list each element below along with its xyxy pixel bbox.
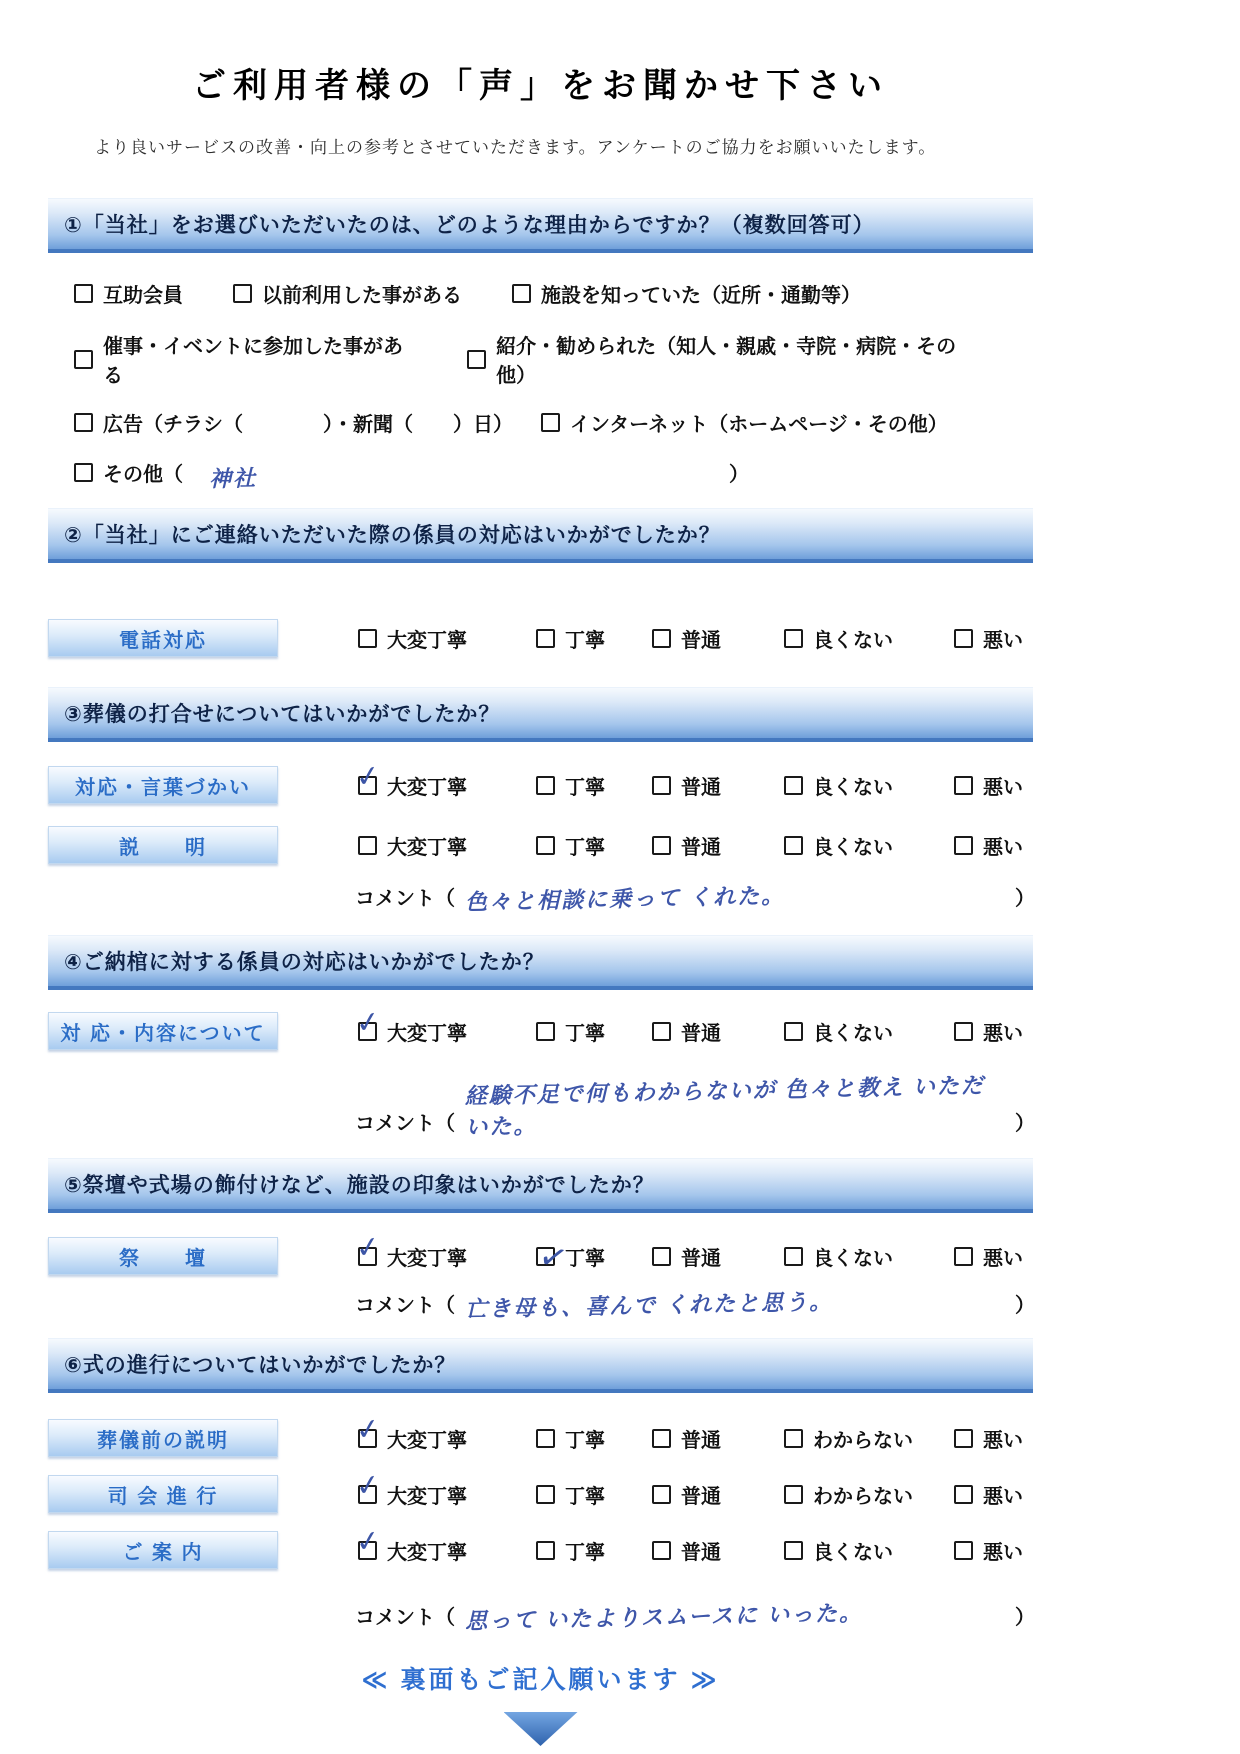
- page-subtitle: より良いサービスの改善・向上の参考とさせていただきます。アンケートのご協力をお願…: [94, 133, 1033, 158]
- rating-option-not-good[interactable]: 良くない: [784, 624, 954, 653]
- option-referred[interactable]: 紹介・勧められた（知人・親戚・寺院・病院・その他）: [467, 330, 975, 388]
- checkbox[interactable]: [652, 1541, 671, 1560]
- rating-option-bad[interactable]: 悪い: [954, 1424, 1023, 1453]
- q1-options-row-1: 互助会員 以前利用した事がある 施設を知っていた（近所・通勤等）: [74, 279, 1033, 308]
- q1-options-row-other: その他（ 神社 ）: [74, 457, 1033, 488]
- option-label: 広告（チラシ（ ）・新聞（ ）日）: [103, 408, 513, 437]
- option-label: 丁寧: [565, 1017, 605, 1046]
- checkbox[interactable]: [536, 1485, 555, 1504]
- option-label: 大変丁寧: [387, 1536, 467, 1565]
- section-header-q3: ③葬儀の打合せについてはいかがでしたか？: [48, 687, 1033, 742]
- rating-option-bad[interactable]: 悪い: [954, 831, 1023, 860]
- rating-option-very-polite[interactable]: 大変丁寧: [358, 1480, 536, 1509]
- option-label: 良くない: [813, 1017, 893, 1046]
- option-knew-facility[interactable]: 施設を知っていた（近所・通勤等）: [512, 279, 861, 308]
- checkbox[interactable]: [652, 1247, 671, 1266]
- rating-option-dont-know[interactable]: わからない: [784, 1424, 954, 1453]
- checkbox[interactable]: [784, 1541, 803, 1560]
- checkbox[interactable]: [536, 836, 555, 855]
- rating-option-normal[interactable]: 普通: [652, 1242, 784, 1271]
- option-label: 以前利用した事がある: [262, 279, 462, 308]
- checkbox[interactable]: [652, 776, 671, 795]
- option-label: わからない: [813, 1424, 913, 1453]
- rating-option-not-good[interactable]: 良くない: [784, 831, 954, 860]
- checkbox[interactable]: [784, 629, 803, 648]
- rating-row-guidance: ご 案 内 大変丁寧 丁寧 普通 良くない 悪い: [48, 1531, 1033, 1569]
- option-label: 良くない: [813, 1536, 893, 1565]
- option-label: 丁寧: [565, 831, 605, 860]
- option-label: その他（: [103, 458, 183, 487]
- rating-option-normal[interactable]: 普通: [652, 1536, 784, 1565]
- checkbox[interactable]: [954, 1541, 973, 1560]
- checkbox[interactable]: [784, 836, 803, 855]
- comment-close-paren: ）: [1015, 1107, 1035, 1136]
- option-label: 大変丁寧: [387, 1017, 467, 1046]
- option-label: 悪い: [983, 1242, 1023, 1271]
- rating-option-bad[interactable]: 悪い: [954, 1480, 1023, 1509]
- page-title: ご利用者様の「声」をお聞かせ下さい: [48, 0, 1033, 107]
- row-label-telephone: 電話対応: [48, 619, 278, 657]
- rating-row-pre-funeral-explanation: 葬儀前の説明 大変丁寧 丁寧 普通 わからない 悪い: [48, 1419, 1033, 1457]
- checkbox[interactable]: [784, 1429, 803, 1448]
- option-label: 普通: [681, 831, 721, 860]
- rating-option-dont-know[interactable]: わからない: [784, 1480, 954, 1509]
- checkbox[interactable]: [536, 1022, 555, 1041]
- option-label: 悪い: [983, 1480, 1023, 1509]
- row-label-manner: 対応・言葉づかい: [48, 766, 278, 804]
- checkbox[interactable]: [536, 776, 555, 795]
- rating-option-very-polite[interactable]: 大変丁寧: [358, 1424, 536, 1453]
- option-label: 丁寧: [565, 771, 605, 800]
- checkbox[interactable]: [954, 1022, 973, 1041]
- option-label: 良くない: [813, 1242, 893, 1271]
- checkbox[interactable]: [954, 776, 973, 795]
- option-used-before[interactable]: 以前利用した事がある: [233, 279, 462, 308]
- checkbox[interactable]: [652, 1429, 671, 1448]
- rating-option-normal[interactable]: 普通: [652, 831, 784, 860]
- checkbox[interactable]: [358, 1429, 377, 1448]
- rating-row-casketing: 対 応・内容について 大変丁寧 丁寧 普通 良くない 悪い: [48, 1012, 1033, 1050]
- section-header-q5: ⑤祭壇や式場の飾付けなど、施設の印象はいかがでしたか？: [48, 1158, 1033, 1213]
- section-header-q4: ④ご納棺に対する係員の対応はいかがでしたか？: [48, 935, 1033, 990]
- checkbox[interactable]: [954, 1485, 973, 1504]
- option-label: 紹介・勧められた（知人・親戚・寺院・病院・その他）: [496, 330, 975, 388]
- rating-option-not-good[interactable]: 良くない: [784, 1017, 954, 1046]
- row-label-altar: 祭 壇: [48, 1237, 278, 1275]
- checkbox[interactable]: [954, 1247, 973, 1266]
- rating-option-not-good[interactable]: 良くない: [784, 1242, 954, 1271]
- option-label: わからない: [813, 1480, 913, 1509]
- checkbox[interactable]: [74, 463, 93, 482]
- option-label: 悪い: [983, 1424, 1023, 1453]
- row-label-guidance: ご 案 内: [48, 1531, 278, 1569]
- checkbox[interactable]: [74, 413, 93, 432]
- option-internet[interactable]: インターネット（ホームページ・その他）: [541, 408, 948, 437]
- comment-close-paren: ）: [1015, 1601, 1035, 1630]
- back-side-note: ≪ 裏面もご記入願います ≫: [48, 1660, 1033, 1696]
- comment-field-q4[interactable]: 経験不足で何もわからないが 色々と教え いただいた。: [454, 1068, 1015, 1142]
- rating-row-mc-progress: 司 会 進 行 大変丁寧 丁寧 普通 わからない 悪い: [48, 1475, 1033, 1513]
- option-label: 催事・イベントに参加した事がある: [103, 330, 409, 388]
- rating-option-polite[interactable]: 丁寧: [536, 771, 652, 800]
- checkbox[interactable]: [358, 1485, 377, 1504]
- comment-field-q3[interactable]: 色々と相談に乗って くれた。: [455, 874, 1016, 917]
- rating-option-bad[interactable]: 悪い: [954, 1017, 1023, 1046]
- rating-option-not-good[interactable]: 良くない: [784, 1536, 954, 1565]
- option-label: 丁寧: [565, 1242, 605, 1271]
- checkbox[interactable]: [358, 1022, 377, 1041]
- checkbox[interactable]: [233, 284, 252, 303]
- checkbox[interactable]: [536, 1541, 555, 1560]
- option-attended-event[interactable]: 催事・イベントに参加した事がある: [74, 330, 409, 388]
- comment-line-q4: コメント（ 経験不足で何もわからないが 色々と教え いただいた。 ）: [355, 1074, 1035, 1136]
- rating-option-very-polite[interactable]: 大変丁寧: [358, 831, 536, 860]
- option-label: 大変丁寧: [387, 624, 467, 653]
- option-label: インターネット（ホームページ・その他）: [570, 408, 948, 437]
- rating-option-bad[interactable]: 悪い: [954, 1242, 1023, 1271]
- checkbox[interactable]: [358, 776, 377, 795]
- comment-close-paren: ）: [1015, 882, 1035, 911]
- rating-option-polite[interactable]: 丁寧: [536, 1424, 652, 1453]
- survey-sheet: ご利用者様の「声」をお聞かせ下さい より良いサービスの改善・向上の参考とさせてい…: [0, 0, 1240, 1754]
- rating-option-polite[interactable]: 丁寧: [536, 1017, 652, 1046]
- option-label: 丁寧: [565, 1480, 605, 1509]
- rating-option-very-polite[interactable]: 大変丁寧: [358, 624, 536, 653]
- option-label: 悪い: [983, 831, 1023, 860]
- rating-option-normal[interactable]: 普通: [652, 1017, 784, 1046]
- comment-field-q6[interactable]: 思って いたよりスムースに いった。: [455, 1593, 1016, 1636]
- checkbox[interactable]: [536, 1429, 555, 1448]
- comment-line-q6: コメント（ 思って いたよりスムースに いった。 ）: [355, 1599, 1035, 1630]
- rating-row-manner: 対応・言葉づかい 大変丁寧 丁寧 普通 良くない 悪い: [48, 766, 1033, 804]
- row-label-pre-funeral-explanation: 葬儀前の説明: [48, 1419, 278, 1457]
- option-other[interactable]: その他（: [74, 458, 183, 487]
- comment-line-q3: コメント（ 色々と相談に乗って くれた。 ）: [355, 880, 1035, 911]
- rating-row-altar: 祭 壇 大変丁寧 丁寧 普通 良くない 悪い: [48, 1237, 1033, 1275]
- option-label: 悪い: [983, 624, 1023, 653]
- rating-option-not-good[interactable]: 良くない: [784, 771, 954, 800]
- checkbox[interactable]: [512, 284, 531, 303]
- option-label: 悪い: [983, 1536, 1023, 1565]
- section-header-q2: ②「当社」にご連絡いただいた際の係員の対応はいかがでしたか？: [48, 508, 1033, 563]
- comment-label: コメント（: [355, 882, 455, 911]
- checkbox[interactable]: [784, 1247, 803, 1266]
- row-label-casketing: 対 応・内容について: [48, 1012, 278, 1050]
- rating-option-very-polite[interactable]: 大変丁寧: [358, 1017, 536, 1046]
- option-label: 普通: [681, 1017, 721, 1046]
- rating-option-normal[interactable]: 普通: [652, 771, 784, 800]
- rating-option-bad[interactable]: 悪い: [954, 1536, 1023, 1565]
- option-label: 悪い: [983, 1017, 1023, 1046]
- checkbox[interactable]: [358, 1247, 377, 1266]
- other-reason-field[interactable]: 神社: [209, 452, 730, 494]
- comment-label: コメント（: [355, 1289, 455, 1318]
- option-label: 普通: [681, 1424, 721, 1453]
- comment-close-paren: ）: [1015, 1289, 1035, 1318]
- comment-label: コメント（: [355, 1107, 455, 1136]
- option-label: 大変丁寧: [387, 1242, 467, 1271]
- option-mutual-aid-member[interactable]: 互助会員: [74, 279, 183, 308]
- rating-option-polite[interactable]: 丁寧: [536, 1242, 652, 1271]
- rating-option-bad[interactable]: 悪い: [954, 771, 1023, 800]
- option-label: 丁寧: [565, 1424, 605, 1453]
- option-label: 良くない: [813, 771, 893, 800]
- option-label: 互助会員: [103, 279, 183, 308]
- rating-option-normal[interactable]: 普通: [652, 1480, 784, 1509]
- option-label: 普通: [681, 771, 721, 800]
- rating-row-explanation: 説 明 大変丁寧 丁寧 普通 良くない 悪い: [48, 826, 1033, 864]
- checkbox[interactable]: [652, 1022, 671, 1041]
- option-label: 大変丁寧: [387, 771, 467, 800]
- section-header-q6: ⑥式の進行についてはいかがでしたか？: [48, 1338, 1033, 1393]
- checkbox[interactable]: [74, 350, 93, 369]
- option-label-close-paren: ）: [729, 458, 749, 487]
- rating-option-very-polite[interactable]: 大変丁寧: [358, 1242, 536, 1271]
- checkbox[interactable]: [541, 413, 560, 432]
- comment-field-q5[interactable]: 亡き母も、喜んで くれたと思う。: [455, 1281, 1016, 1324]
- checkbox[interactable]: [784, 776, 803, 795]
- rating-row-telephone: 電話対応 大変丁寧 丁寧 普通 良くない 悪い: [48, 619, 1033, 657]
- checkbox[interactable]: [652, 1485, 671, 1504]
- option-label: 普通: [681, 624, 721, 653]
- option-label: 普通: [681, 1242, 721, 1271]
- option-advertisement[interactable]: 広告（チラシ（ ）・新聞（ ）日）: [74, 408, 513, 437]
- checkbox[interactable]: [784, 1022, 803, 1041]
- rating-option-polite[interactable]: 丁寧: [536, 831, 652, 860]
- comment-label: コメント（: [355, 1601, 455, 1630]
- q1-options-row-2: 催事・イベントに参加した事がある 紹介・勧められた（知人・親戚・寺院・病院・その…: [74, 330, 1033, 388]
- checkbox[interactable]: [358, 1541, 377, 1560]
- option-label: 普通: [681, 1536, 721, 1565]
- row-label-mc-progress: 司 会 進 行: [48, 1475, 278, 1513]
- option-label: 丁寧: [565, 624, 605, 653]
- checkbox[interactable]: [954, 629, 973, 648]
- row-label-explanation: 説 明: [48, 826, 278, 864]
- checkbox[interactable]: [536, 629, 555, 648]
- rating-option-polite[interactable]: 丁寧: [536, 1536, 652, 1565]
- checkbox[interactable]: [784, 1485, 803, 1504]
- comment-line-q5: コメント（ 亡き母も、喜んで くれたと思う。 ）: [355, 1287, 1035, 1318]
- q1-options-row-3: 広告（チラシ（ ）・新聞（ ）日） インターネット（ホームページ・その他）: [74, 408, 1033, 437]
- down-arrow-icon: [504, 1712, 578, 1746]
- option-label: 良くない: [813, 624, 893, 653]
- option-label: 良くない: [813, 831, 893, 860]
- checkbox[interactable]: [652, 629, 671, 648]
- checkbox[interactable]: [74, 284, 93, 303]
- option-label: 大変丁寧: [387, 1480, 467, 1509]
- checkbox[interactable]: [652, 836, 671, 855]
- section-header-q1: ①「当社」をお選びいただいたのは、どのような理由からですか？（複数回答可）: [48, 198, 1033, 253]
- rating-option-bad[interactable]: 悪い: [954, 624, 1023, 653]
- rating-option-polite[interactable]: 丁寧: [536, 1480, 652, 1509]
- checkbox[interactable]: [954, 836, 973, 855]
- rating-option-very-polite[interactable]: 大変丁寧: [358, 1536, 536, 1565]
- option-label: 大変丁寧: [387, 1424, 467, 1453]
- checkbox[interactable]: [536, 1247, 555, 1266]
- checkbox[interactable]: [954, 1429, 973, 1448]
- option-label: 丁寧: [565, 1536, 605, 1565]
- checkbox[interactable]: [358, 836, 377, 855]
- rating-option-polite[interactable]: 丁寧: [536, 624, 652, 653]
- option-label: 大変丁寧: [387, 831, 467, 860]
- rating-option-normal[interactable]: 普通: [652, 624, 784, 653]
- checkbox[interactable]: [467, 350, 486, 369]
- option-label: 施設を知っていた（近所・通勤等）: [541, 279, 861, 308]
- option-label: 悪い: [983, 771, 1023, 800]
- checkbox[interactable]: [358, 629, 377, 648]
- rating-option-normal[interactable]: 普通: [652, 1424, 784, 1453]
- rating-option-very-polite[interactable]: 大変丁寧: [358, 771, 536, 800]
- option-label: 普通: [681, 1480, 721, 1509]
